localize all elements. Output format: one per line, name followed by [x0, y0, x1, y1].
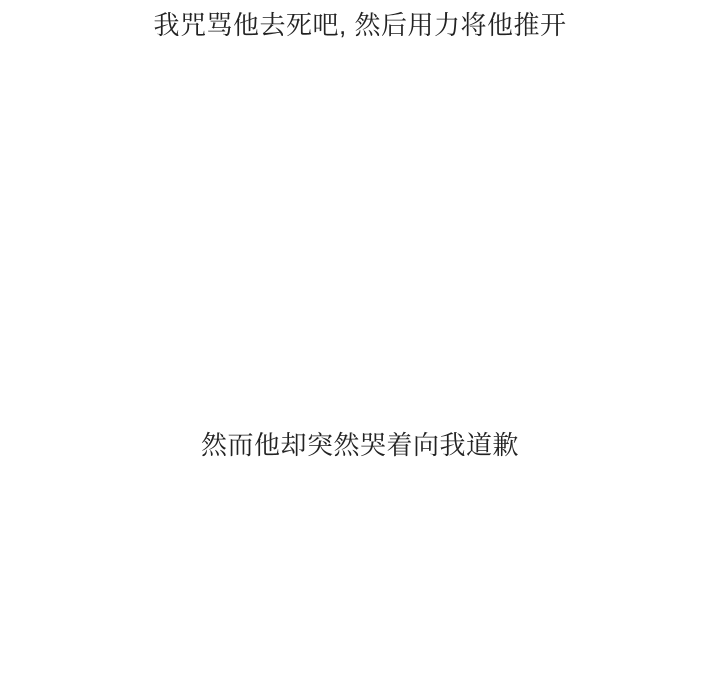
- narration-text-middle: 然而他却突然哭着向我道歉: [0, 430, 720, 460]
- comic-page: 我咒骂他去死吧, 然后用力将他推开 然而他却突然哭着向我道歉: [0, 0, 720, 700]
- narration-text-top: 我咒骂他去死吧, 然后用力将他推开: [0, 10, 720, 40]
